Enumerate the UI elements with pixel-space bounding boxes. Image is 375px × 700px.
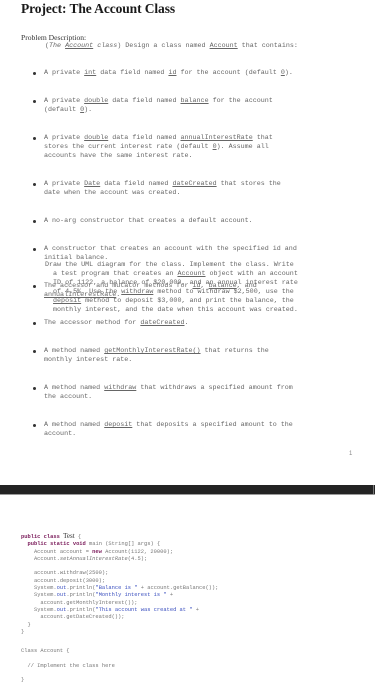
list-item: A private double data field named balanc… <box>28 97 297 115</box>
list-item: A method named getMonthlyInterestRate() … <box>28 347 297 365</box>
list-item: A method named withdraw that withdraws a… <box>28 384 297 402</box>
page-divider-bar <box>0 485 375 495</box>
page-title: Project: The Account Class <box>21 1 175 17</box>
intro-text: ) Design a class named <box>117 42 209 50</box>
list-item: A private int data field named id for th… <box>28 69 297 78</box>
list-item: A method named deposit that deposits a s… <box>28 421 297 439</box>
account-link: Account <box>65 42 93 50</box>
account-underlined: Account <box>210 42 238 50</box>
code-block-test: public class Test { public static void m… <box>21 533 218 636</box>
list-item: The accessor method for dateCreated. <box>28 319 297 328</box>
list-item: A private Date data field named dateCrea… <box>28 180 297 198</box>
intro-class-word: class <box>97 42 117 50</box>
intro-the: The <box>49 42 61 50</box>
list-item: A private double data field named annual… <box>28 134 297 161</box>
intro-tail: that contains: <box>238 42 298 50</box>
list-item: A no-arg constructor that creates a defa… <box>28 217 297 226</box>
requirements-list: A private int data field named id for th… <box>28 51 297 449</box>
divider-edge <box>373 485 374 494</box>
intro-line: (The Account class) Design a class named… <box>45 42 298 51</box>
task-instructions: Draw the UML diagram for the class. Impl… <box>45 261 298 315</box>
code-block-account-class: Class Account { // Implement the class h… <box>21 648 115 684</box>
page-number: 1 <box>349 451 352 457</box>
problem-description-label: Problem Description: <box>21 33 86 42</box>
